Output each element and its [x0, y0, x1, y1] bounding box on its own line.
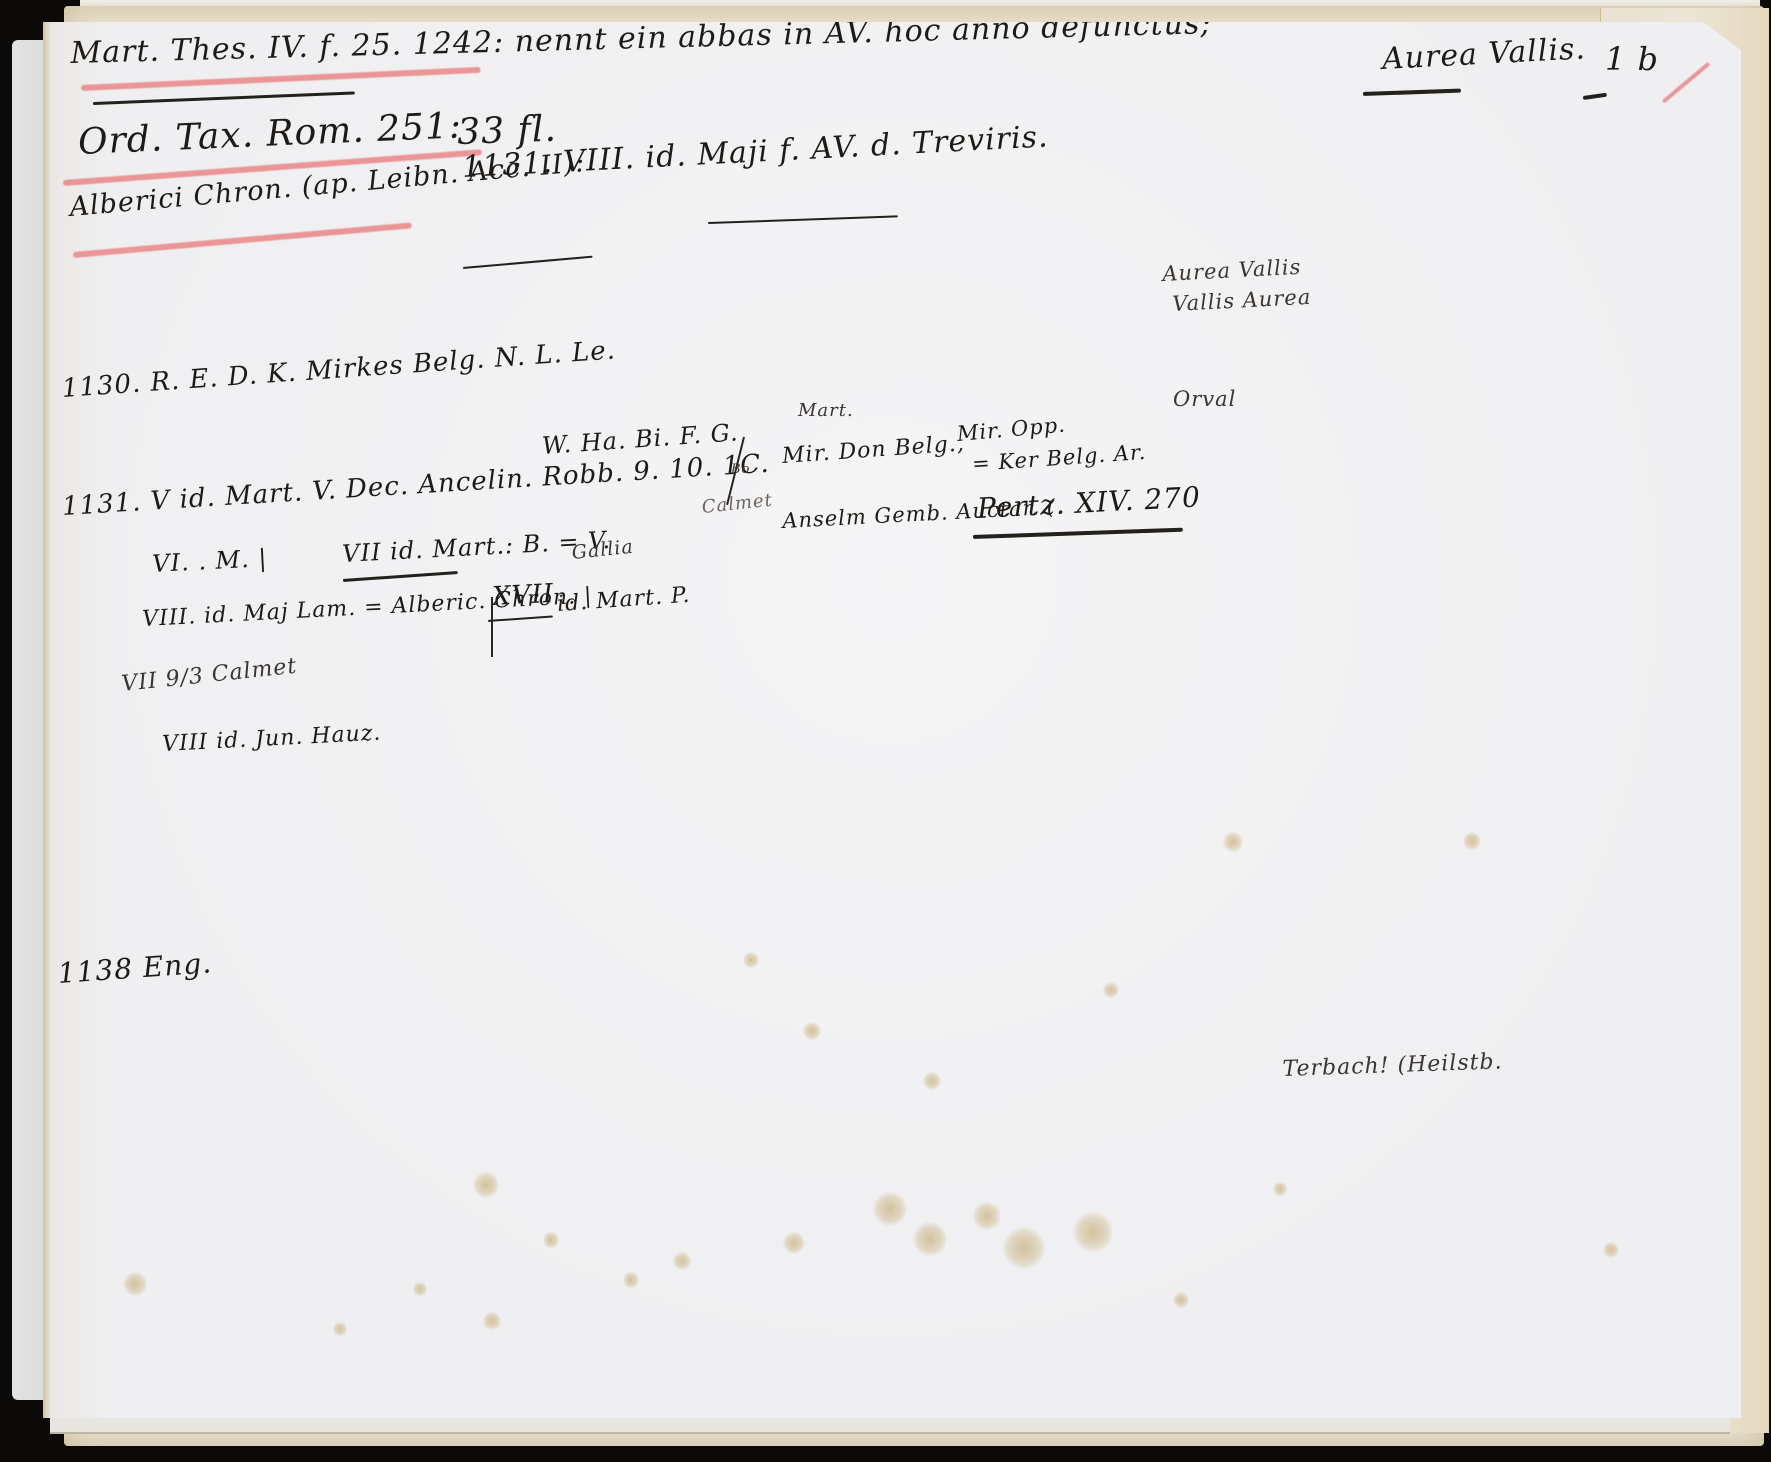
- entry-1131-mart-note: Mart.: [798, 400, 854, 421]
- foxing-stain: [483, 1312, 501, 1330]
- foxing-stain: [1273, 1182, 1287, 1196]
- foxing-stain: [413, 1282, 427, 1296]
- foxing-stain: [1003, 1227, 1045, 1269]
- foxing-stain: [873, 1192, 907, 1226]
- foxing-stain: [1463, 832, 1481, 850]
- foxing-stain: [1103, 982, 1119, 998]
- foxing-stain: [1173, 1292, 1189, 1308]
- foxing-stain: [673, 1252, 691, 1270]
- manuscript-photo: 5m) Mart. Thes. IV. f. 25. 1242: nennt e…: [0, 0, 1771, 1462]
- foxing-stain: [623, 1272, 639, 1288]
- foxing-stain: [543, 1232, 559, 1248]
- foxing-stain: [803, 1022, 821, 1040]
- foxing-stain: [923, 1072, 941, 1090]
- edge-discoloration: [43, 22, 51, 1418]
- foxing-stain: [473, 1172, 499, 1198]
- bracket-line: [491, 597, 493, 657]
- page-number: 1 b: [1605, 40, 1659, 78]
- foxing-stain: [783, 1232, 805, 1254]
- foxing-stain: [913, 1222, 947, 1256]
- manuscript-page: Mart. Thes. IV. f. 25. 1242: nennt ein a…: [43, 22, 1741, 1418]
- foxing-stain: [1073, 1212, 1113, 1252]
- foxing-stain: [1603, 1242, 1619, 1258]
- entry-xvii: XVII: [491, 579, 554, 612]
- foxing-stain: [973, 1202, 1001, 1230]
- foxing-stain: [1223, 832, 1243, 852]
- foxing-stain: [743, 952, 759, 968]
- foxing-stain: [333, 1322, 347, 1336]
- foxing-stain: [123, 1272, 147, 1296]
- margin-note-orval: Orval: [1173, 387, 1236, 411]
